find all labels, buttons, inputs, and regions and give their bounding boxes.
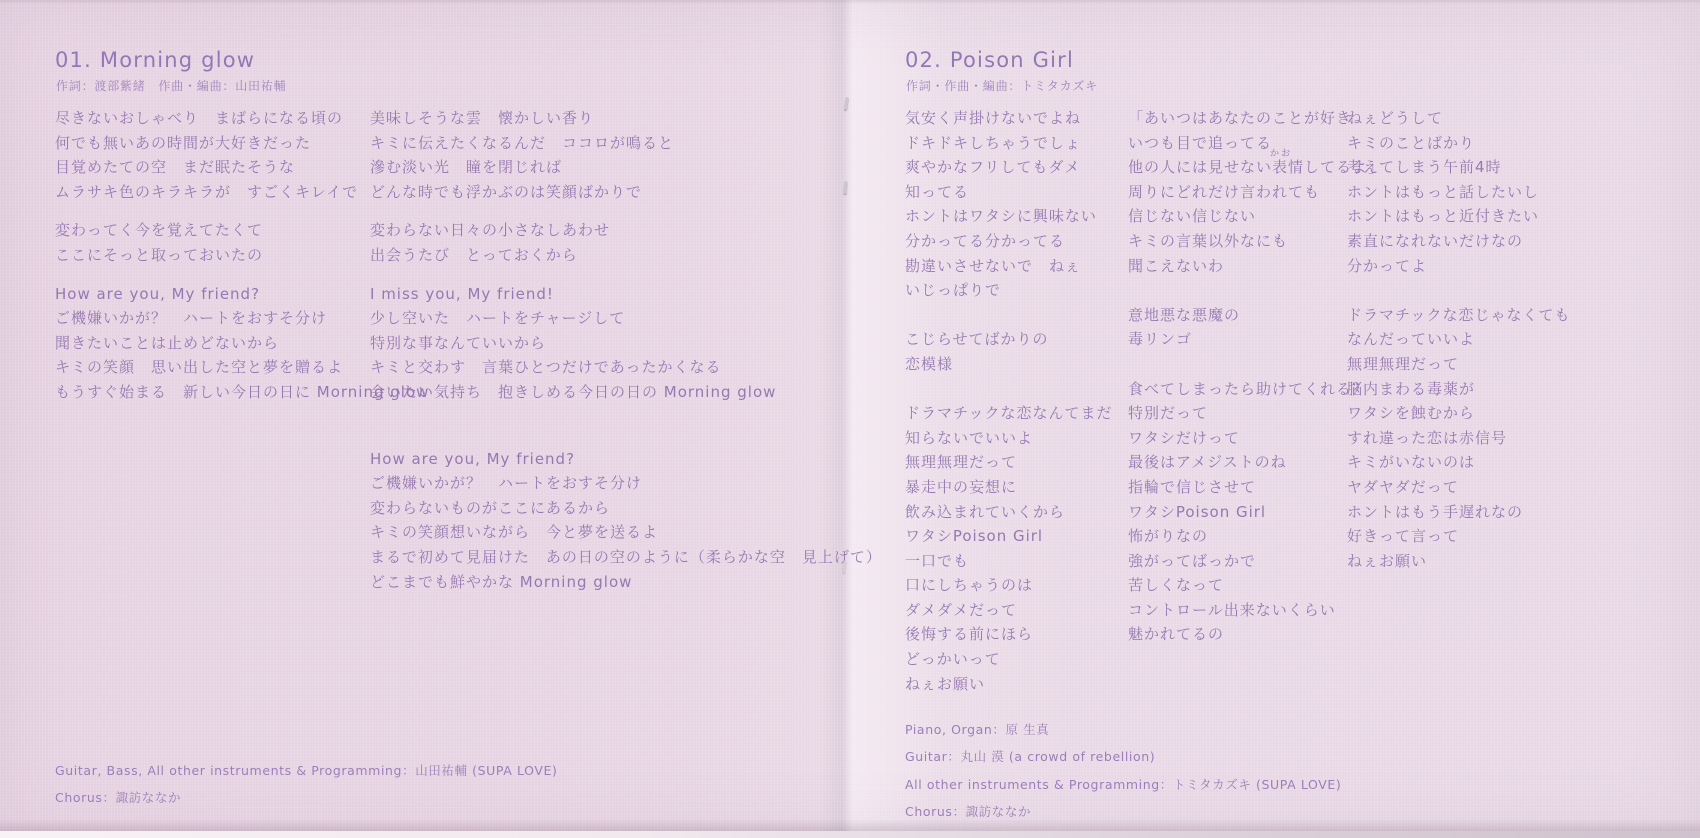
- lyrics-column-1: 尽きないおしゃべり まばらになる頃の何でも無いあの時間が大好きだった目覚めたての…: [55, 106, 395, 405]
- lyric-line: ドラマチックな恋なんてまだ: [905, 401, 1145, 426]
- lyric-line: 指輪で信じさせて: [1128, 475, 1383, 500]
- lyric-line: 魅かれてるの: [1128, 622, 1383, 647]
- footer-line: Guitar, Bass, All other instruments & Pr…: [55, 757, 557, 784]
- lyric-line: 変わらない日々の小さなしあわせ: [370, 218, 850, 243]
- lyric-line: 分かってる分かってる: [905, 229, 1145, 254]
- lyric-line: 信じない信じない: [1128, 204, 1383, 229]
- lyric-line: どんな時でも浮かぶのは笑顔ばかりで: [370, 180, 850, 205]
- lyric-line: 少し空いた ハートをチャージして: [370, 306, 850, 331]
- page-bottom-edge: [0, 831, 1700, 838]
- lyric-line: 爽やかなフリしてもダメ: [905, 155, 1145, 180]
- footer-line: Piano, Organ：原 生真: [905, 716, 1341, 743]
- lyric-line: 好きって言って: [1347, 524, 1627, 549]
- lyric-line: 怖がりなの: [1128, 524, 1383, 549]
- lyric-line: 聞こえないわ: [1128, 254, 1383, 279]
- lyric-line: ホントはもっと近付きたい: [1347, 204, 1627, 229]
- lyric-line: 最後はアメジストのね: [1128, 450, 1383, 475]
- lyric-line: I miss you, My friend!: [370, 282, 850, 307]
- lyric-line: ワタシだけって: [1128, 426, 1383, 451]
- lyric-line: 強がってばっかで: [1128, 549, 1383, 574]
- lyric-line: 恋模様: [905, 352, 1145, 377]
- lyric-line: 会いたい気持ち 抱きしめる今日の日の Morning glow: [370, 380, 850, 405]
- footer-line: Chorus：諏訪ななか: [55, 784, 557, 811]
- lyric-line: キミと交わす 言葉ひとつだけであったかくなる: [370, 355, 850, 380]
- lyric-line: [370, 433, 850, 447]
- song-credits-morning-glow: 作詞：渡部紫緒 作曲・編曲：山田祐輔: [56, 77, 286, 94]
- lyric-line: 飲み込まれていくから: [905, 500, 1145, 525]
- lyric-line: 暴走中の妄想に: [905, 475, 1145, 500]
- lyric-line: ワタシPoison Girl: [905, 524, 1145, 549]
- booklet-spread: 01. Morning glow 作詞：渡部紫緒 作曲・編曲：山田祐輔 尽きない…: [0, 0, 1700, 838]
- lyric-line: 聞きたいことは止めどないから: [55, 331, 395, 356]
- lyric-line: [370, 204, 850, 218]
- lyric-line: [905, 303, 1145, 328]
- lyric-line: 「あいつはあなたのことが好き: [1128, 106, 1383, 131]
- lyric-line: 変わらないものがここにあるから: [370, 496, 850, 521]
- lyric-line: ご機嫌いかが？ ハートをおすそ分け: [370, 471, 850, 496]
- song-credits-poison-girl: 作詞・作曲・編曲：トミタカズキ: [906, 77, 1098, 94]
- lyric-line: [370, 405, 850, 419]
- lyric-line: 知ってる: [905, 180, 1145, 205]
- lyric-line: キミの笑顔想いながら 今と夢を送るよ: [370, 520, 850, 545]
- personnel-credits-poison-girl: Piano, Organ：原 生真Guitar：丸山 漠 (a crowd of…: [905, 716, 1341, 826]
- lyric-line: 変わってく今を覚えてたくて: [55, 218, 395, 243]
- lyrics-column-1: 気安く声掛けないでよねドキドキしちゃうでしょ爽やかなフリしてもダメ知ってるホント…: [905, 106, 1145, 696]
- song-title-poison-girl: 02. Poison Girl: [905, 48, 1074, 72]
- lyric-line: どっかいって: [905, 647, 1145, 672]
- lyric-line: [370, 268, 850, 282]
- lyric-line: ワタシを蝕むから: [1347, 401, 1627, 426]
- lyric-line: [905, 377, 1145, 402]
- page-bottom-shadow: [0, 819, 1700, 831]
- lyric-line: ワタシPoison Girl: [1128, 500, 1383, 525]
- lyric-line: ヤダヤダだって: [1347, 475, 1627, 500]
- lyric-line: 特別な事なんていいから: [370, 331, 850, 356]
- lyric-line: もうすぐ始まる 新しい今日の日に Morning glow: [55, 380, 395, 405]
- song-title-morning-glow: 01. Morning glow: [55, 48, 255, 72]
- lyric-line: 無理無理だって: [905, 450, 1145, 475]
- furigana-kao: かお: [1262, 146, 1300, 159]
- lyric-line: 後悔する前にほら: [905, 622, 1145, 647]
- lyric-line: 意地悪な悪魔の: [1128, 303, 1383, 328]
- lyric-line: 一口でも: [905, 549, 1145, 574]
- lyric-line: 分かってよ: [1347, 254, 1627, 279]
- lyric-line: 他の人には見せない表情してるよ」: [1128, 155, 1383, 180]
- lyric-line: 勘違いさせないで ねぇ: [905, 254, 1145, 279]
- lyric-line: どこまでも鮮やかな Morning glow: [370, 570, 850, 595]
- lyric-line: 食べてしまったら助けてくれる？: [1128, 377, 1383, 402]
- lyric-line: ホントはワタシに興味ない: [905, 204, 1145, 229]
- footer-line: All other instruments & Programming：トミタカ…: [905, 771, 1341, 798]
- lyric-line: キミに伝えたくなるんだ ココロが鳴ると: [370, 131, 850, 156]
- lyric-line: 知らないでいいよ: [905, 426, 1145, 451]
- lyric-line: [1128, 352, 1383, 377]
- lyric-line: ねぇお願い: [1347, 549, 1627, 574]
- lyric-line: [55, 204, 395, 218]
- lyric-line: ここにそっと取っておいたの: [55, 243, 395, 268]
- page-top-edge: [0, 0, 1700, 4]
- lyric-line: 苦しくなって: [1128, 573, 1383, 598]
- lyric-line: 脳内まわる毒薬が: [1347, 377, 1627, 402]
- lyric-line: [55, 268, 395, 282]
- lyrics-column-3: ねぇどうしてキミのことばかり考えてしまう午前4時ホントはもっと話したいしホントは…: [1347, 106, 1627, 573]
- lyric-line: コントロール出来ないくらい: [1128, 598, 1383, 623]
- lyric-line: いつも目で追ってる: [1128, 131, 1383, 156]
- lyric-line: ホントはもう手遅れなの: [1347, 500, 1627, 525]
- lyric-line: [1128, 278, 1383, 303]
- lyric-line: キミの笑顔 思い出した空と夢を贈るよ: [55, 355, 395, 380]
- footer-line: Guitar：丸山 漠 (a crowd of rebellion): [905, 743, 1341, 770]
- lyric-line: いじっぱりで: [905, 278, 1145, 303]
- lyrics-column-2: 美味しそうな雲 懐かしい香りキミに伝えたくなるんだ ココロが鳴ると滲む淡い光 瞳…: [370, 106, 850, 594]
- lyric-line: 周りにどれだけ言われても: [1128, 180, 1383, 205]
- lyric-line: ドキドキしちゃうでしょ: [905, 131, 1145, 156]
- lyric-line: ムラサキ色のキラキラが すごくキレイで: [55, 180, 395, 205]
- lyric-line: [370, 419, 850, 433]
- lyric-line: How are you, My friend?: [55, 282, 395, 307]
- lyric-line: How are you, My friend?: [370, 447, 850, 472]
- lyric-line: 考えてしまう午前4時: [1347, 155, 1627, 180]
- lyric-line: 特別だって: [1128, 401, 1383, 426]
- lyric-line: ダメダメだって: [905, 598, 1145, 623]
- lyric-line: [1347, 278, 1627, 303]
- lyric-line: ねぇどうして: [1347, 106, 1627, 131]
- lyric-line: 滲む淡い光 瞳を閉じれば: [370, 155, 850, 180]
- lyric-line: 毒リンゴ: [1128, 327, 1383, 352]
- lyric-line: ねぇお願い: [905, 672, 1145, 697]
- lyric-line: 尽きないおしゃべり まばらになる頃の: [55, 106, 395, 131]
- lyric-line: 無理無理だって: [1347, 352, 1627, 377]
- lyric-line: キミがいないのは: [1347, 450, 1627, 475]
- lyric-line: 目覚めたての空 まだ眠たそうな: [55, 155, 395, 180]
- lyrics-column-2: 「あいつはあなたのことが好きいつも目で追ってる他の人には見せない表情してるよ」周…: [1128, 106, 1383, 647]
- lyric-line: 出会うたび とっておくから: [370, 243, 850, 268]
- lyric-line: なんだっていいよ: [1347, 327, 1627, 352]
- lyric-line: ご機嫌いかが？ ハートをおすそ分け: [55, 306, 395, 331]
- lyric-line: ホントはもっと話したいし: [1347, 180, 1627, 205]
- lyric-line: ドラマチックな恋じゃなくても: [1347, 303, 1627, 328]
- lyric-line: 何でも無いあの時間が大好きだった: [55, 131, 395, 156]
- lyric-line: 口にしちゃうのは: [905, 573, 1145, 598]
- lyric-line: キミのことばかり: [1347, 131, 1627, 156]
- lyric-line: 美味しそうな雲 懐かしい香り: [370, 106, 850, 131]
- lyric-line: 気安く声掛けないでよね: [905, 106, 1145, 131]
- personnel-credits-morning-glow: Guitar, Bass, All other instruments & Pr…: [55, 757, 557, 812]
- lyric-line: まるで初めて見届けた あの日の空のように（柔らかな空 見上げて）: [370, 545, 850, 570]
- lyric-line: 素直になれないだけなの: [1347, 229, 1627, 254]
- lyric-line: すれ違った恋は赤信号: [1347, 426, 1627, 451]
- lyric-line: キミの言葉以外なにも: [1128, 229, 1383, 254]
- lyric-line: こじらせてばかりの: [905, 327, 1145, 352]
